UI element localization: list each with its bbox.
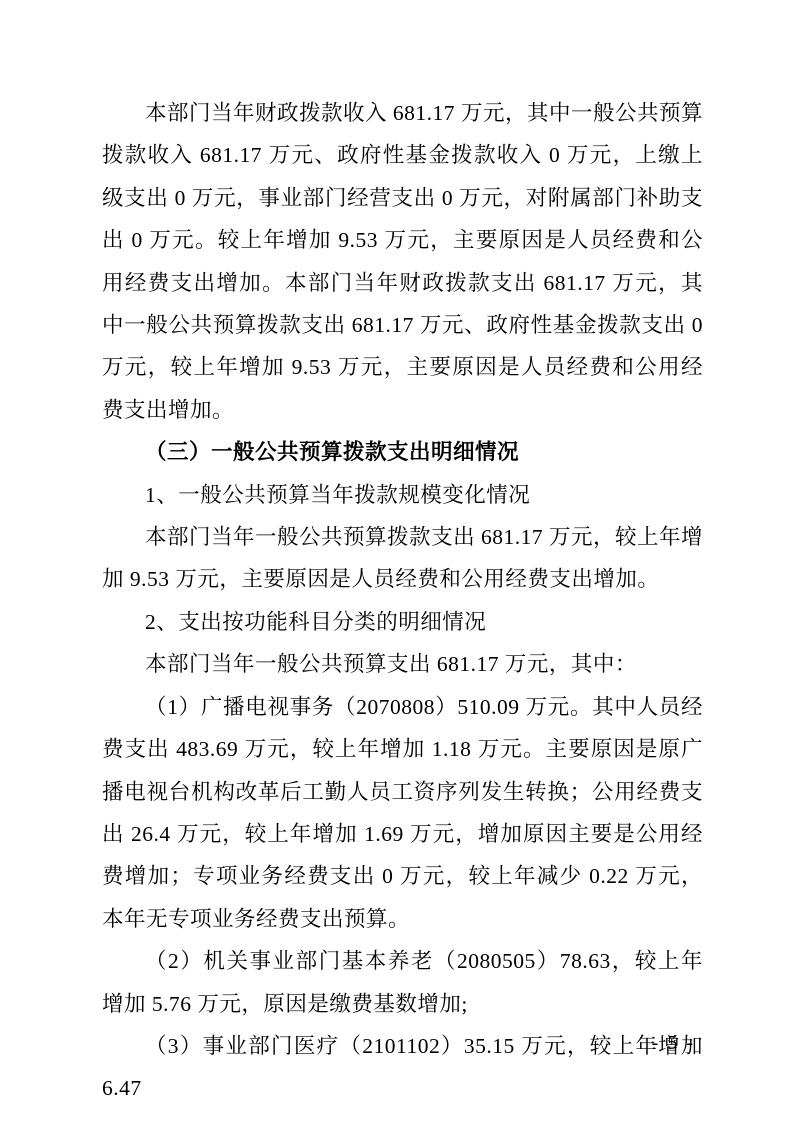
subheading-item-2-function-classification: 2、支出按功能科目分类的明细情况 — [102, 601, 703, 643]
document-page: 本部门当年财政拨款收入 681.17 万元，其中一般公共预算拨款收入 681.1… — [0, 0, 793, 1122]
subheading-item-1-scale-change: 1、一般公共预算当年拨款规模变化情况 — [102, 474, 703, 516]
paragraph-expenditure-total-intro: 本部门当年一般公共预算支出 681.17 万元，其中： — [102, 643, 703, 685]
page-number: - 5 - — [652, 1030, 695, 1056]
paragraph-item-2-basic-pension: （2）机关事业部门基本养老（2080505）78.63，较上年增加 5.76 万… — [102, 940, 703, 1025]
paragraph-fiscal-appropriation-summary: 本部门当年财政拨款收入 681.17 万元，其中一般公共预算拨款收入 681.1… — [102, 92, 703, 431]
paragraph-item-1-broadcast-tv-affairs: （1）广播电视事务（2070808）510.09 万元。其中人员经费支出 483… — [102, 686, 703, 940]
document-body: 本部门当年财政拨款收入 681.17 万元，其中一般公共预算拨款收入 681.1… — [102, 92, 703, 1110]
paragraph-budget-scale-change: 本部门当年一般公共预算拨款支出 681.17 万元，较上年增加 9.53 万元，… — [102, 516, 703, 601]
heading-section-three-budget-expenditure-detail: （三）一般公共预算拨款支出明细情况 — [102, 431, 703, 473]
paragraph-item-3-medical: （3）事业部门医疗（2101102）35.15 万元，较上年增加 6.47 — [102, 1025, 703, 1110]
